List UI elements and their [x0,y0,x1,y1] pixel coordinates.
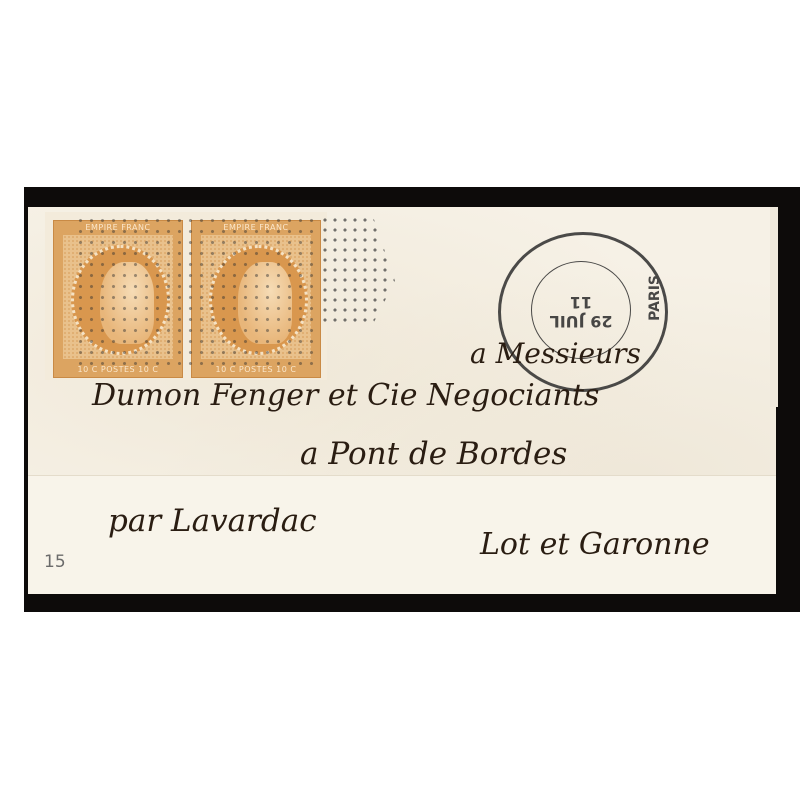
stamp-bottom-label: 10 C POSTES 10 C [192,365,320,374]
letter-edge-strip [770,207,778,407]
address-line-2: Dumon Fenger et Cie Negociants [92,378,599,413]
address-line-3: a Pont de Bordes [300,436,567,472]
dotted-cancel-on-stamps [75,215,320,365]
address-line-5: Lot et Garonne [480,527,710,562]
postmark-date: 29 JUIL 11 [539,293,623,331]
address-line-1: a Messieurs [470,337,641,370]
address-line-4: par Lavardac [108,503,317,539]
pencil-notation: 15 [44,552,66,572]
postmark-town: PARIS [647,275,663,321]
stamp-bottom-label: 10 C POSTES 10 C [54,365,182,374]
